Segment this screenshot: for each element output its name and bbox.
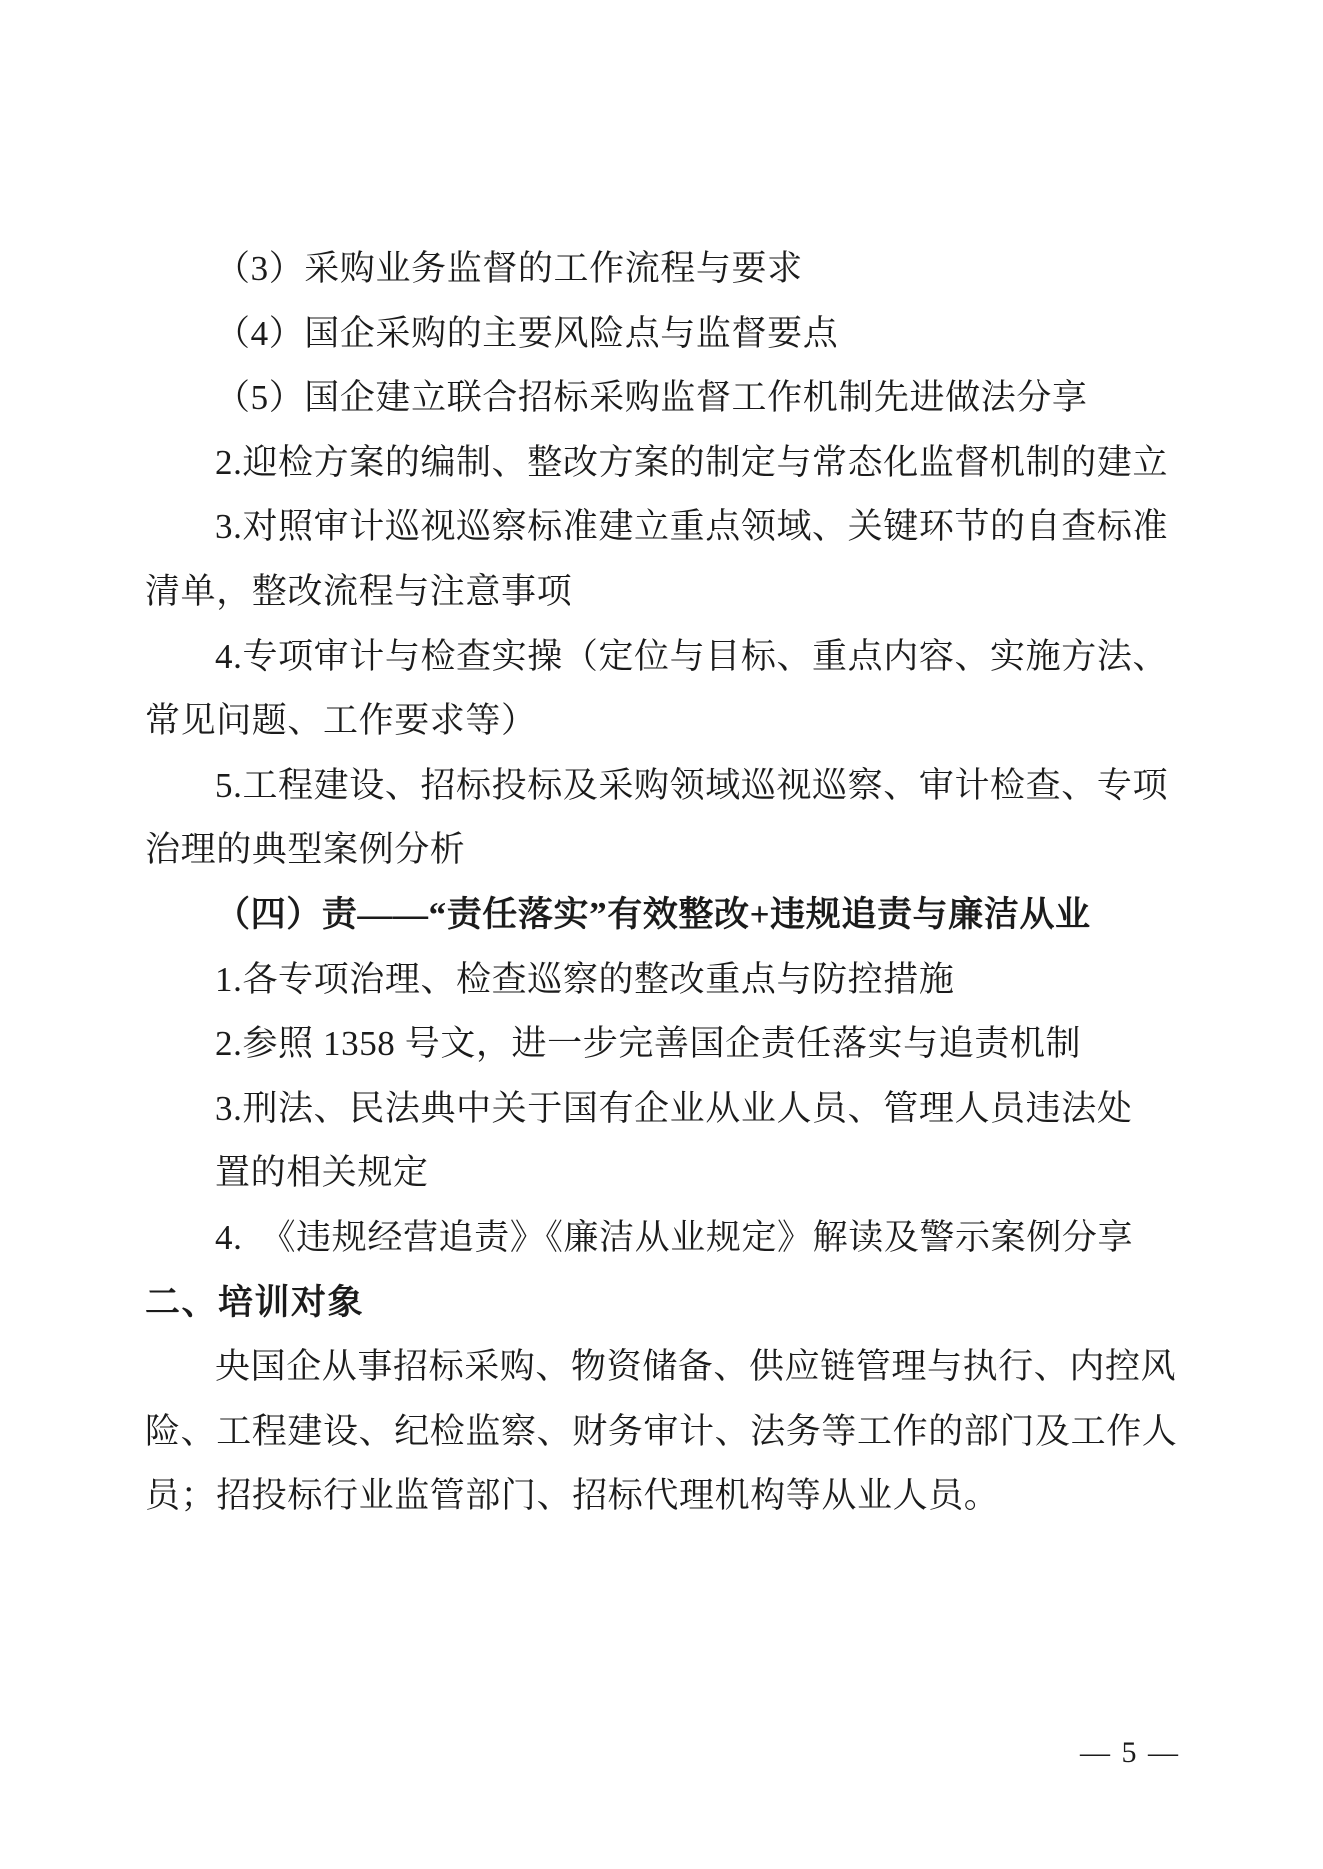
page-number: — 5 —	[1080, 1736, 1180, 1769]
text-line: 4. 《违规经营追责》《廉洁从业规定》解读及警示案例分享	[145, 1206, 1190, 1271]
page-footer: — 5 —	[1080, 1735, 1180, 1771]
text-line: 险、工程建设、纪检监察、财务审计、法务等工作的部门及工作人	[145, 1400, 1190, 1465]
text-line: 1.各专项治理、检查巡察的整改重点与防控措施	[145, 948, 1190, 1013]
text-line: 置的相关规定	[145, 1141, 1190, 1206]
text-line: （5）国企建立联合招标采购监督工作机制先进做法分享	[145, 366, 1190, 431]
text-line: 4.专项审计与检查实操（定位与目标、重点内容、实施方法、	[145, 625, 1190, 690]
text-line: 央国企从事招标采购、物资储备、供应链管理与执行、内控风	[145, 1335, 1190, 1400]
text-line: 清单，整改流程与注意事项	[145, 560, 1190, 625]
text-line: 员；招投标行业监管部门、招标代理机构等从业人员。	[145, 1464, 1190, 1529]
text-line: 常见问题、工作要求等）	[145, 689, 1190, 754]
text-line: 2.迎检方案的编制、整改方案的制定与常态化监督机制的建立	[145, 431, 1190, 496]
document-body: （3）采购业务监督的工作流程与要求 （4）国企采购的主要风险点与监督要点 （5）…	[145, 237, 1190, 1529]
subsection-heading: （四）责——“责任落实”有效整改+违规追责与廉洁从业	[145, 883, 1190, 948]
text-line: 5.工程建设、招标投标及采购领域巡视巡察、审计检查、专项	[145, 754, 1190, 819]
text-line: 3.对照审计巡视巡察标准建立重点领域、关键环节的自查标准	[145, 495, 1190, 560]
text-line: 3.刑法、民法典中关于国有企业从业人员、管理人员违法处	[145, 1077, 1190, 1142]
text-line: （3）采购业务监督的工作流程与要求	[145, 237, 1190, 302]
document-page: （3）采购业务监督的工作流程与要求 （4）国企采购的主要风险点与监督要点 （5）…	[0, 0, 1323, 1869]
text-line: 2.参照 1358 号文，进一步完善国企责任落实与追责机制	[145, 1012, 1190, 1077]
text-line: （4）国企采购的主要风险点与监督要点	[145, 302, 1190, 367]
text-line: 治理的典型案例分析	[145, 818, 1190, 883]
section-heading: 二、培训对象	[145, 1271, 1190, 1336]
